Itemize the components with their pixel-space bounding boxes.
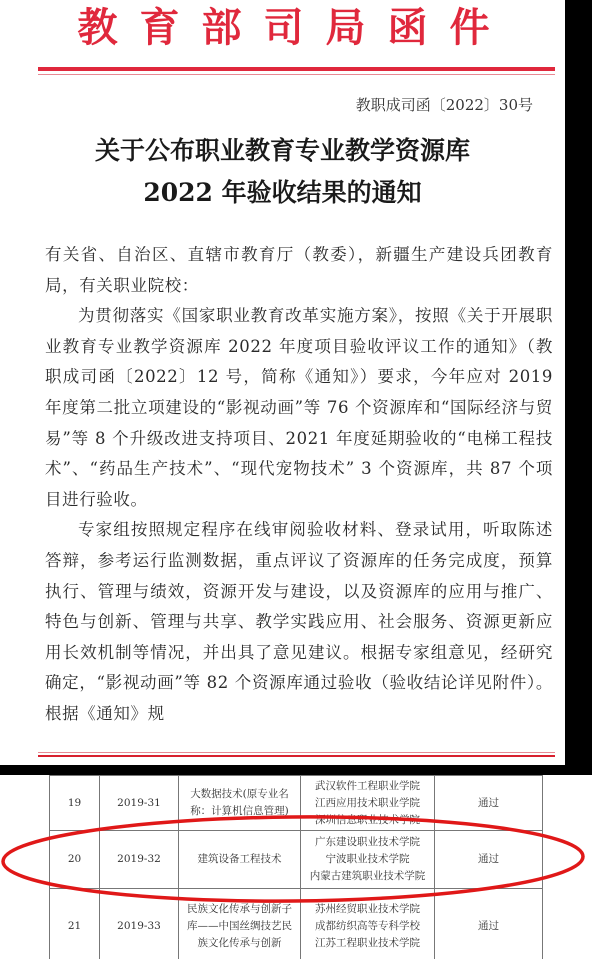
school-name: 内蒙古建筑职业技术学院 [305,868,430,885]
table-row: 19 2019-31 大数据技术(原专业名称：计算机信息管理) 武汉软件工程职业… [50,776,543,831]
row-number: 21 [50,889,100,959]
school-name: 深圳信息职业技术学院 [305,812,430,829]
school-name: 江西应用技术职业学院 [305,795,430,812]
document-body: 有关省、自治区、直辖市教育厅（教委），新疆生产建设兵团教育局，有关职业院校： 为… [45,240,553,730]
school-name: 广东建设职业技术学院 [305,834,430,851]
paragraph: 为贯彻落实《国家职业教育改革实施方案》，按照《关于开展职业教育专业教学资源库 2… [45,301,553,515]
results-table-page: 19 2019-31 大数据技术(原专业名称：计算机信息管理) 武汉软件工程职业… [0,775,592,959]
page-bottom-rule [38,752,555,753]
title-line-1: 关于公布职业教育专业教学资源库 [0,130,565,172]
result: 通过 [435,831,543,889]
document-page: 教育部司局函件 教职成司函〔2022〕30号 关于公布职业教育专业教学资源库 2… [0,0,565,765]
document-number: 教职成司函〔2022〕30号 [356,94,533,115]
row-number: 19 [50,776,100,831]
schools: 武汉软件工程职业学院 江西应用技术职业学院 深圳信息职业技术学院 [301,776,435,831]
page-bottom-rule-red [38,755,555,757]
title-line-2: 2022 年验收结果的通知 [0,172,565,214]
paragraph: 专家组按照规定程序在线审阅验收材料、登录试用，听取陈述答辩，参考运行监测数据，重… [45,515,553,729]
result: 通过 [435,776,543,831]
schools: 广东建设职业技术学院 宁波职业技术学院 内蒙古建筑职业技术学院 [301,831,435,889]
letterhead: 教育部司局函件 [0,2,565,54]
letterhead-rule-thick [38,67,555,71]
school-name: 苏州经贸职业技术学院 [305,901,430,918]
school-name: 成都纺织高等专科学校 [305,918,430,935]
project-code: 2019-31 [100,776,179,831]
table-row: 21 2019-33 民族文化传承与创新子库——中国丝绸技艺民族文化传承与创新 … [50,889,543,959]
school-name: 宁波职业技术学院 [305,851,430,868]
results-table: 19 2019-31 大数据技术(原专业名称：计算机信息管理) 武汉软件工程职业… [49,775,543,959]
row-number: 20 [50,831,100,889]
result: 通过 [435,889,543,959]
salutation: 有关省、自治区、直辖市教育厅（教委），新疆生产建设兵团教育局，有关职业院校： [45,240,553,301]
school-name: 武汉软件工程职业学院 [305,778,430,795]
project-code: 2019-33 [100,889,179,959]
schools: 苏州经贸职业技术学院 成都纺织高等专科学校 江苏工程职业技术学院 [301,889,435,959]
document-title: 关于公布职业教育专业教学资源库 2022 年验收结果的通知 [0,130,565,214]
table-row-highlighted: 20 2019-32 建筑设备工程技术 广东建设职业技术学院 宁波职业技术学院 … [50,831,543,889]
letterhead-rule-thin [38,74,555,75]
project-name: 大数据技术(原专业名称：计算机信息管理) [179,776,301,831]
school-name: 江苏工程职业技术学院 [305,935,430,952]
project-name: 建筑设备工程技术 [179,831,301,889]
project-name: 民族文化传承与创新子库——中国丝绸技艺民族文化传承与创新 [179,889,301,959]
project-code: 2019-32 [100,831,179,889]
